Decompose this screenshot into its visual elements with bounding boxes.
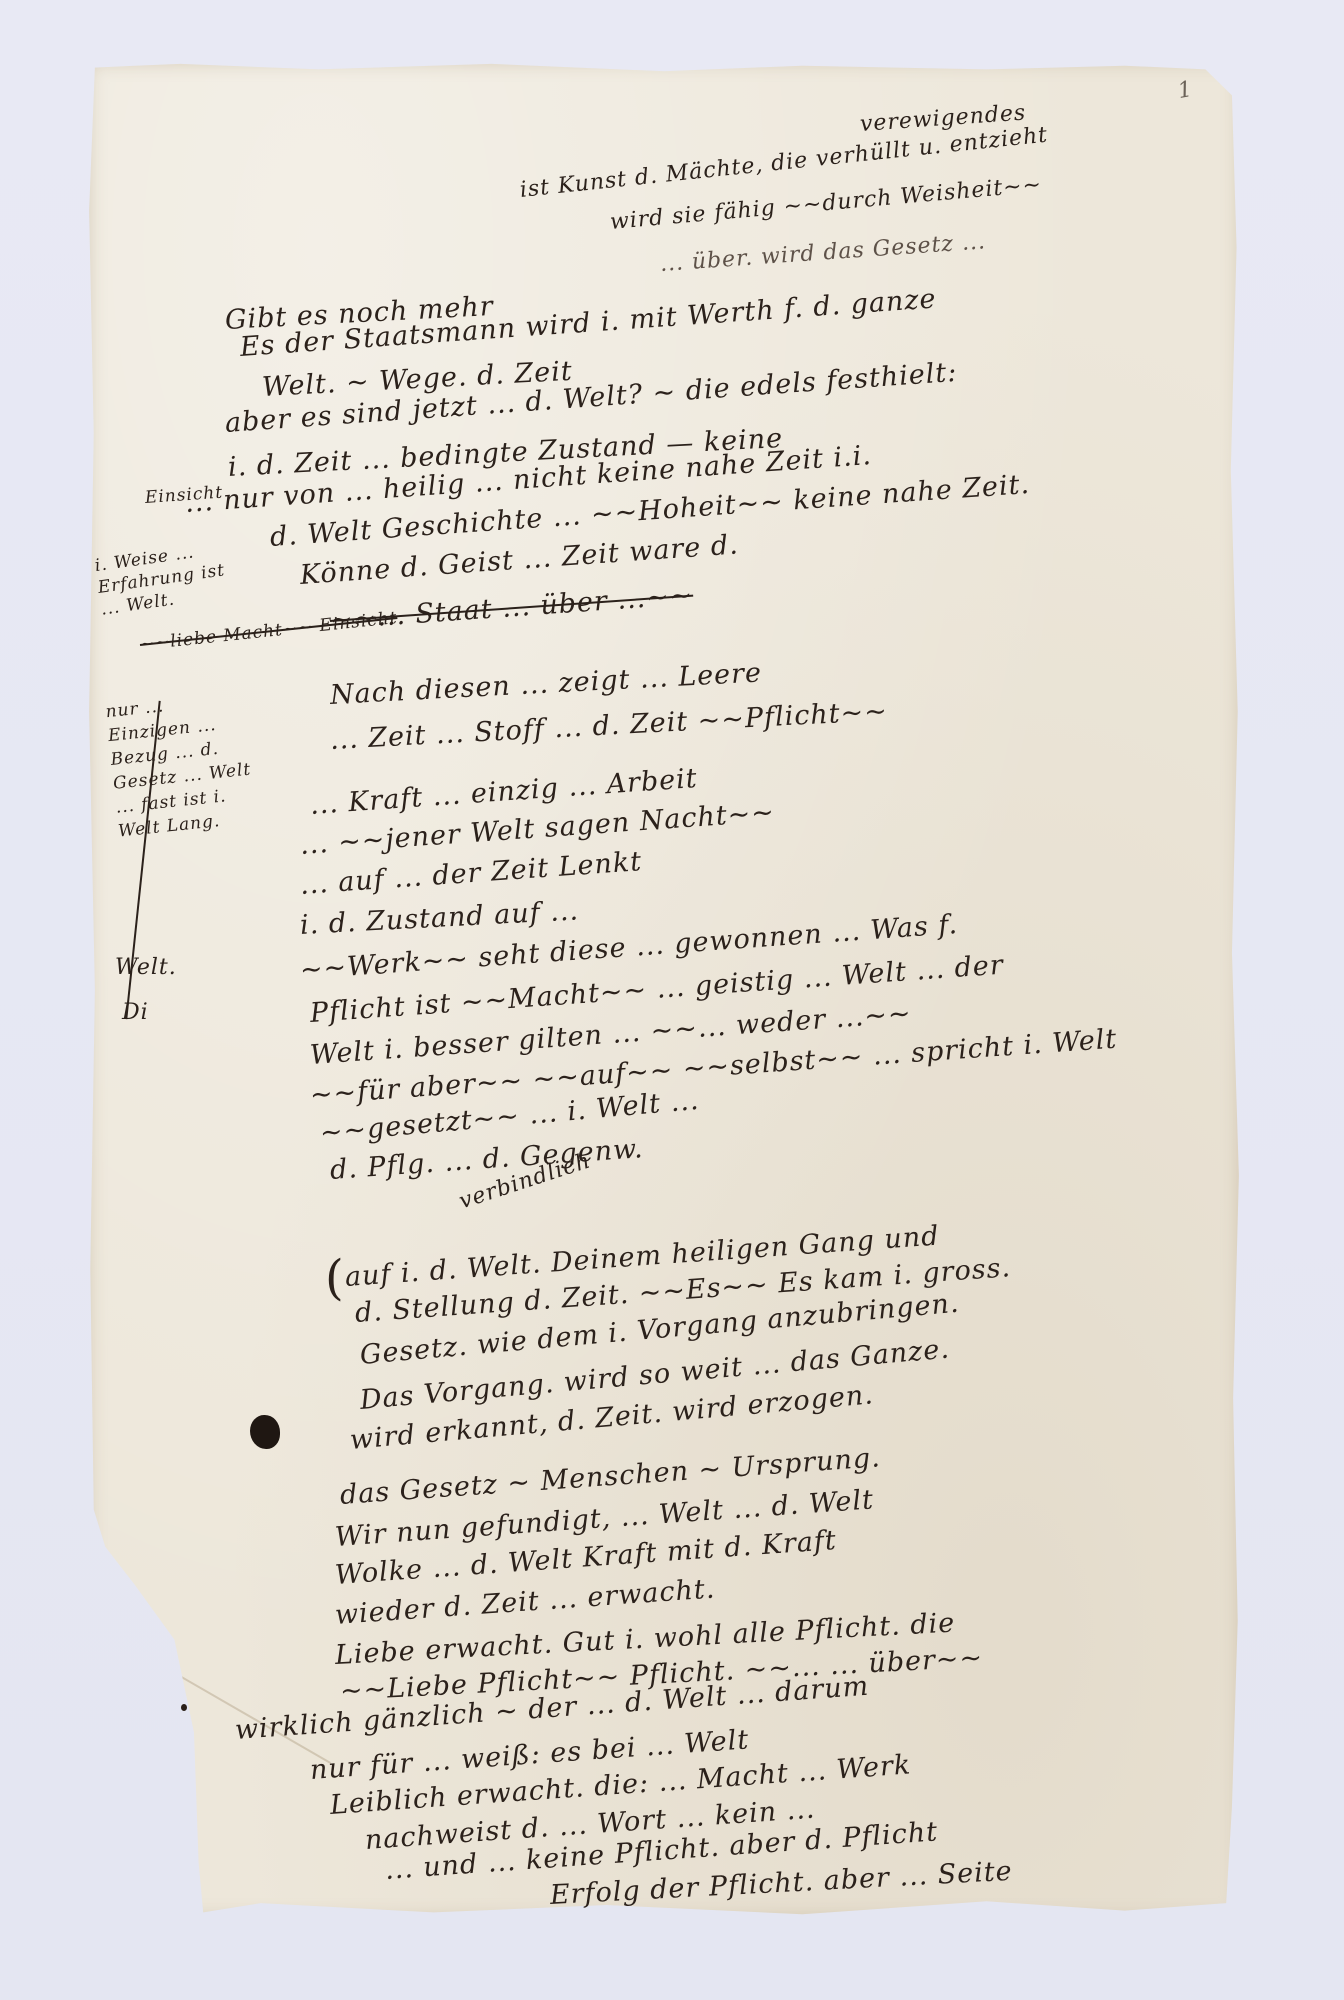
open-parenthesis-mark: ( (325, 1250, 344, 1306)
ink-blot (250, 1415, 280, 1449)
margin-note: nur ... Einzigen ... Bezug ... d. Gesetz… (104, 686, 258, 844)
ink-dot (181, 1704, 187, 1711)
fold-crease (88, 1622, 331, 1764)
scan-canvas: 1 verewigendes ist Kunst d. Mächte, die … (0, 0, 1344, 2000)
margin-note: Welt. (115, 955, 177, 980)
